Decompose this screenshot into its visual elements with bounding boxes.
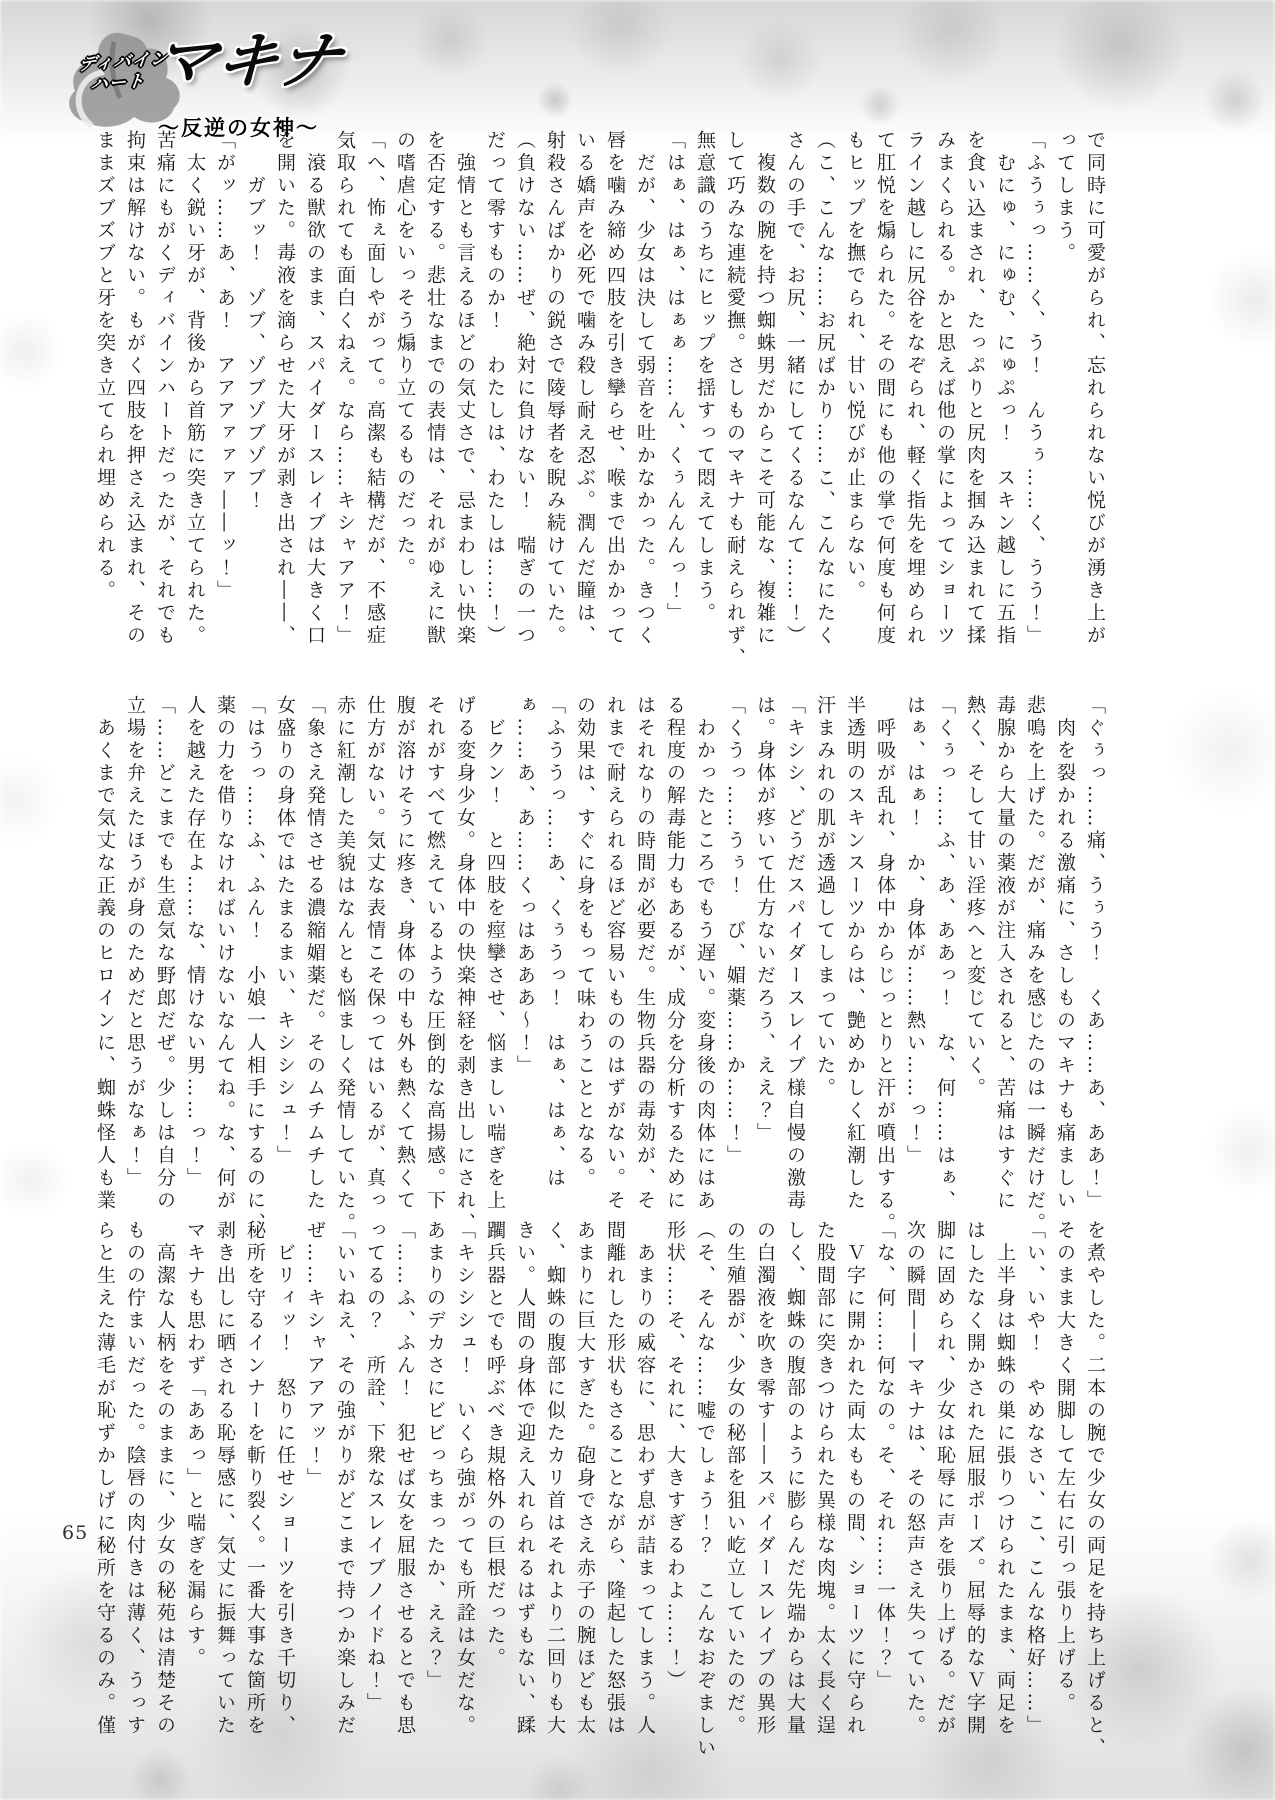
text-line: 「くぅっ……ふ、あ、ああっ！ な、何……はぁ、	[930, 695, 960, 1200]
text-line: 「へ、怖ぇ面しやがって。高潔も結構だが、不感症	[360, 130, 390, 635]
text-line: の白濁液を吹き零す――スパイダースレイブの異形	[750, 1220, 780, 1725]
text-line: 間離れした形状もさることながら、隆起した怒張は	[600, 1220, 630, 1725]
text-line: 熱く、そして甘い淫疼へと変じていく。	[960, 695, 990, 1200]
text-line: を否定する。悲壮なまでの表情は、それがゆえに獣	[420, 130, 450, 635]
text-line: ままズブズブと牙を突き立てられ埋められる。	[90, 130, 120, 635]
text-line: 毒腺から大量の薬液が注入されると、苦痛はすぐに	[990, 695, 1020, 1200]
text-line: 「がッ……あ、あ！ アアアァァァ――ッ！」	[210, 130, 240, 635]
text-line: 汗まみれの肌が透過してしまっていた。	[810, 695, 840, 1200]
text-line: きい。人間の身体で迎え入れられるはずもない、蹂	[510, 1220, 540, 1725]
text-line: 立場を弁えたほうが身のためだと思うがなぁ！」	[120, 695, 150, 1200]
text-line: ライン越しに尻谷をなぞられ、軽く指先を埋められ	[900, 130, 930, 635]
text-line: く、蜘蛛の腹部に似たカリ首はそれより二回りも大	[540, 1220, 570, 1725]
text-line: 滾る獣欲のまま、スパイダースレイブは大きく口	[300, 130, 330, 635]
text-line: げる変身少女。身体中の快楽神経を剥き出しにされ、	[450, 695, 480, 1200]
text-line: 「はうっ……ふ、ふん！ 小娘一人相手にするのに、	[240, 695, 270, 1200]
text-line: わかったところでもう遅い。変身後の肉体にはあ	[690, 695, 720, 1200]
text-line: して巧みな連続愛撫。さしものマキナも耐えられず、	[720, 130, 750, 635]
text-line: あまりに巨大すぎた。砲身でさえ赤子の腕ほども太	[570, 1220, 600, 1725]
text-line: 苦痛にもがくディバインハートだったが、それでも	[150, 130, 180, 635]
text-line: ってるの？ 所詮、下衆なスレイブノイドね！」	[360, 1220, 390, 1725]
page-number: 65	[62, 1522, 88, 1544]
text-line: 次の瞬間――マキナは、その怒声さえ失っていた。	[900, 1220, 930, 1725]
text-line: 人を越えた存在よ……な、情けない男……っ！」	[180, 695, 210, 1200]
text-line: 「ふううっ……あ、くぅうっ！ はぁ、はぁ、は	[540, 695, 570, 1200]
logo-title: マキナ	[146, 30, 347, 92]
text-line: 仕方がない。気丈な表情こそ保ってはいるが、真っ	[360, 695, 390, 1200]
text-line: ぁ……あ、あ……くっはあああ～！」	[510, 695, 540, 1200]
text-line: はそれなりの時間が必要だ。生物兵器の毒効が、そ	[630, 695, 660, 1200]
text-line: （そ、そんな……嘘でしょう！？ こんなおぞましい	[690, 1220, 720, 1725]
text-line: 「な、何……何なの。そ、それ……一体！？」	[870, 1220, 900, 1725]
text-line: 「いいねえ、その強がりがどこまで持つか楽しみだ	[330, 1220, 360, 1725]
text-line: ものの佇まいだった。陰唇の肉付きは薄く、うっす	[120, 1220, 150, 1725]
text-line: 「……ふ、ふん！ 犯せば女を屈服させるとでも思	[390, 1220, 420, 1725]
text-line: れまで耐えられるほど容易いもののはずがない。そ	[600, 695, 630, 1200]
text-line: マキナも思わず「ああっ」と喘ぎを漏らす。	[180, 1220, 210, 1725]
text-line: 「キシシシュ！ いくら強がっても所詮は女だな。	[450, 1220, 480, 1725]
text-line: そのまま大きく開脚して左右に引っ張り上げる。	[1050, 1220, 1080, 1725]
text-line: 「ふうぅっ……く、う！ んうぅ……く、うう！」	[1020, 130, 1050, 635]
text-line: 赤に紅潮した美貌はなんとも悩ましく発情していた。	[330, 695, 360, 1200]
text-line: 悲鳴を上げた。だが、痛みを感じたのは一瞬だけだ。	[1020, 695, 1050, 1200]
text-line: あまりの威容に、思わず息が詰まってしまう。人	[630, 1220, 660, 1725]
text-line: 呼吸が乱れ、身体中からじっとりと汗が噴出する。	[870, 695, 900, 1200]
text-line: を食い込まされ、たっぷりと尻肉を掴み込まれて揉	[960, 130, 990, 635]
text-line: 躙兵器とでも呼ぶべき規格外の巨根だった。	[480, 1220, 510, 1725]
text-line: 形状……そ、それに、大きすぎるわよ……！）	[660, 1220, 690, 1725]
text-block-bottom: を煮やした。二本の腕で少女の両足を持ち上げると、そのまま大きく開脚して左右に引っ…	[90, 1220, 1110, 1725]
series-logo: ディバイン ハート マキナ ～反逆の女神～	[62, 28, 402, 143]
text-line: 「くうっ……うぅ！ び、媚薬……か……！」	[720, 695, 750, 1200]
text-line: はぁ、はぁ！ か、身体が……熱い……っ！」	[900, 695, 930, 1200]
text-block-top: で同時に可愛がられ、忘れられない悦びが湧き上がってしまう。「ふうぅっ……く、う！…	[90, 130, 1110, 635]
text-line: ぜ……キシャアアアッ！」	[300, 1220, 330, 1725]
text-line: だって零すものか！ わたしは、わたしは……！）	[480, 130, 510, 635]
text-line: 「い、いや！ やめなさい、こ、こんな格好……」	[1020, 1220, 1050, 1725]
text-line: 「象さえ発情させる濃縮媚薬だ。そのムチムチした	[300, 695, 330, 1200]
text-line: の嗜虐心をいっそう煽り立てるものだった。	[390, 130, 420, 635]
text-line: ガブッ！ ゾブ、ゾブゾブゾブ！	[240, 130, 270, 635]
text-line: を開いた。毒液を滴らせた大牙が剥き出され――、	[270, 130, 300, 635]
text-line: むにゅ、にゅむ、にゅぷっ！ スキン越しに五指	[990, 130, 1020, 635]
text-line: らと生えた薄毛が恥ずかしげに秘所を守るのみ。僅	[90, 1220, 120, 1725]
text-line: 「ぐぅっ……痛、うぅう！ くあ……あ、ああ！」	[1080, 695, 1110, 1200]
text-line: 脚に固められ、少女は恥辱に声を張り上げる。だが	[930, 1220, 960, 1725]
text-line: 「キシシ、どうだスパイダースレイブ様自慢の激毒	[780, 695, 810, 1200]
text-line: ビクン！ と四肢を痙攣させ、悩ましい喘ぎを上	[480, 695, 510, 1200]
text-line: 複数の腕を持つ蜘蛛男だからこそ可能な、複雑に	[750, 130, 780, 635]
text-line: で同時に可愛がられ、忘れられない悦びが湧き上が	[1080, 130, 1110, 635]
text-line: はしたなく開かされた屈服ポーズ。屈辱的なＶ字開	[960, 1220, 990, 1725]
text-line: さんの手で、お尻、一緒にしてくるなんて……！）	[780, 130, 810, 635]
text-line: 薬の力を借りなければいけないなんてね。な、何が	[210, 695, 240, 1200]
text-line: 射殺さんばかりの鋭さで陵辱者を睨み続けていた。	[540, 130, 570, 635]
text-line: しく、蜘蛛の腹部のように膨らんだ先端からは大量	[780, 1220, 810, 1725]
text-line: 秘所を守るインナーを斬り裂く。一番大事な箇所を	[240, 1220, 270, 1725]
text-line: Ｖ字に開かれた両太ももの間、ショーツに守られ	[840, 1220, 870, 1725]
text-line: みまくられる。かと思えば他の掌によってショーツ	[930, 130, 960, 635]
text-line: 女盛りの身体ではたまるまい、キシシシュ！」	[270, 695, 300, 1200]
text-line: あまりのデカさにビビっちまったか、ええ？」	[420, 1220, 450, 1725]
text-line: 強情とも言えるほどの気丈さで、忌まわしい快楽	[450, 130, 480, 635]
text-line: 太く鋭い牙が、背後から首筋に突き立てられた。	[180, 130, 210, 635]
text-line: （負けない……ぜ、絶対に負けない！ 喘ぎの一つ	[510, 130, 540, 635]
text-block-middle: 「ぐぅっ……痛、うぅう！ くあ……あ、ああ！」 肉を裂かれる激痛に、さしものマキ…	[90, 695, 1110, 1200]
text-line: 腹が溶けそうに疼き、身体の中も外も熱くて熱くて	[390, 695, 420, 1200]
text-line: 剥き出しに晒される恥辱感に、気丈に振舞っていた	[210, 1220, 240, 1725]
text-line: いる嬌声を必死で噛み殺し耐え忍ぶ。潤んだ瞳は、	[570, 130, 600, 635]
text-line: だが、少女は決して弱音を吐かなかった。きつく	[630, 130, 660, 635]
text-line: る程度の解毒能力もあるが、成分を分析するために	[660, 695, 690, 1200]
text-line: は。身体が疼いて仕方ないだろう、ええ？」	[750, 695, 780, 1200]
text-line: 上半身は蜘蛛の巣に張りつけられたまま、両足を	[990, 1220, 1020, 1725]
text-line: あくまで気丈な正義のヒロインに、蜘蛛怪人も業	[90, 695, 120, 1200]
text-line: 唇を噛み締め四肢を引き攣らせ、喉まで出かかって	[600, 130, 630, 635]
text-line: ビリィッ！ 怒りに任せショーツを引き千切り、	[270, 1220, 300, 1725]
text-line: 拘束は解けない。もがく四肢を押さえ込まれ、その	[120, 130, 150, 635]
text-line: て肛悦を煽られた。その間にも他の掌で何度も何度	[870, 130, 900, 635]
text-line: 「はぁ、はぁ、はぁぁ……ん、くぅんんんっ！」	[660, 130, 690, 635]
novel-page: ディバイン ハート マキナ ～反逆の女神～ で同時に可愛がられ、忘れられない悦び…	[0, 0, 1275, 1800]
text-line: 高潔な人柄をそのままに、少女の秘苑は清楚その	[150, 1220, 180, 1725]
text-line: ってしまう。	[1050, 130, 1080, 635]
text-line: （こ、こんな……お尻ばかり……こ、こんなにたく	[810, 130, 840, 635]
text-line: 「……どこまでも生意気な野郎だぜ。少しは自分の	[150, 695, 180, 1200]
text-line: もヒップを撫でられ、甘い悦びが止まらない。	[840, 130, 870, 635]
text-line: 無意識のうちにヒップを揺すって悶えてしまう。	[690, 130, 720, 635]
text-line: 半透明のスキンスーツからは、艶めかしく紅潮した	[840, 695, 870, 1200]
text-line: を煮やした。二本の腕で少女の両足を持ち上げると、	[1080, 1220, 1110, 1725]
text-line: の効果は、すぐに身をもって味わうこととなる。	[570, 695, 600, 1200]
text-line: の生殖器が、少女の秘部を狙い屹立していたのだ。	[720, 1220, 750, 1725]
text-line: 気取られても面白くねえ。なら……キシャアア！」	[330, 130, 360, 635]
text-line: 肉を裂かれる激痛に、さしものマキナも痛ましい	[1050, 695, 1080, 1200]
text-line: それがすべて燃えているような圧倒的な高揚感。下	[420, 695, 450, 1200]
text-line: た股間部に突きつけられた異様な肉塊。太く長く逞	[810, 1220, 840, 1725]
